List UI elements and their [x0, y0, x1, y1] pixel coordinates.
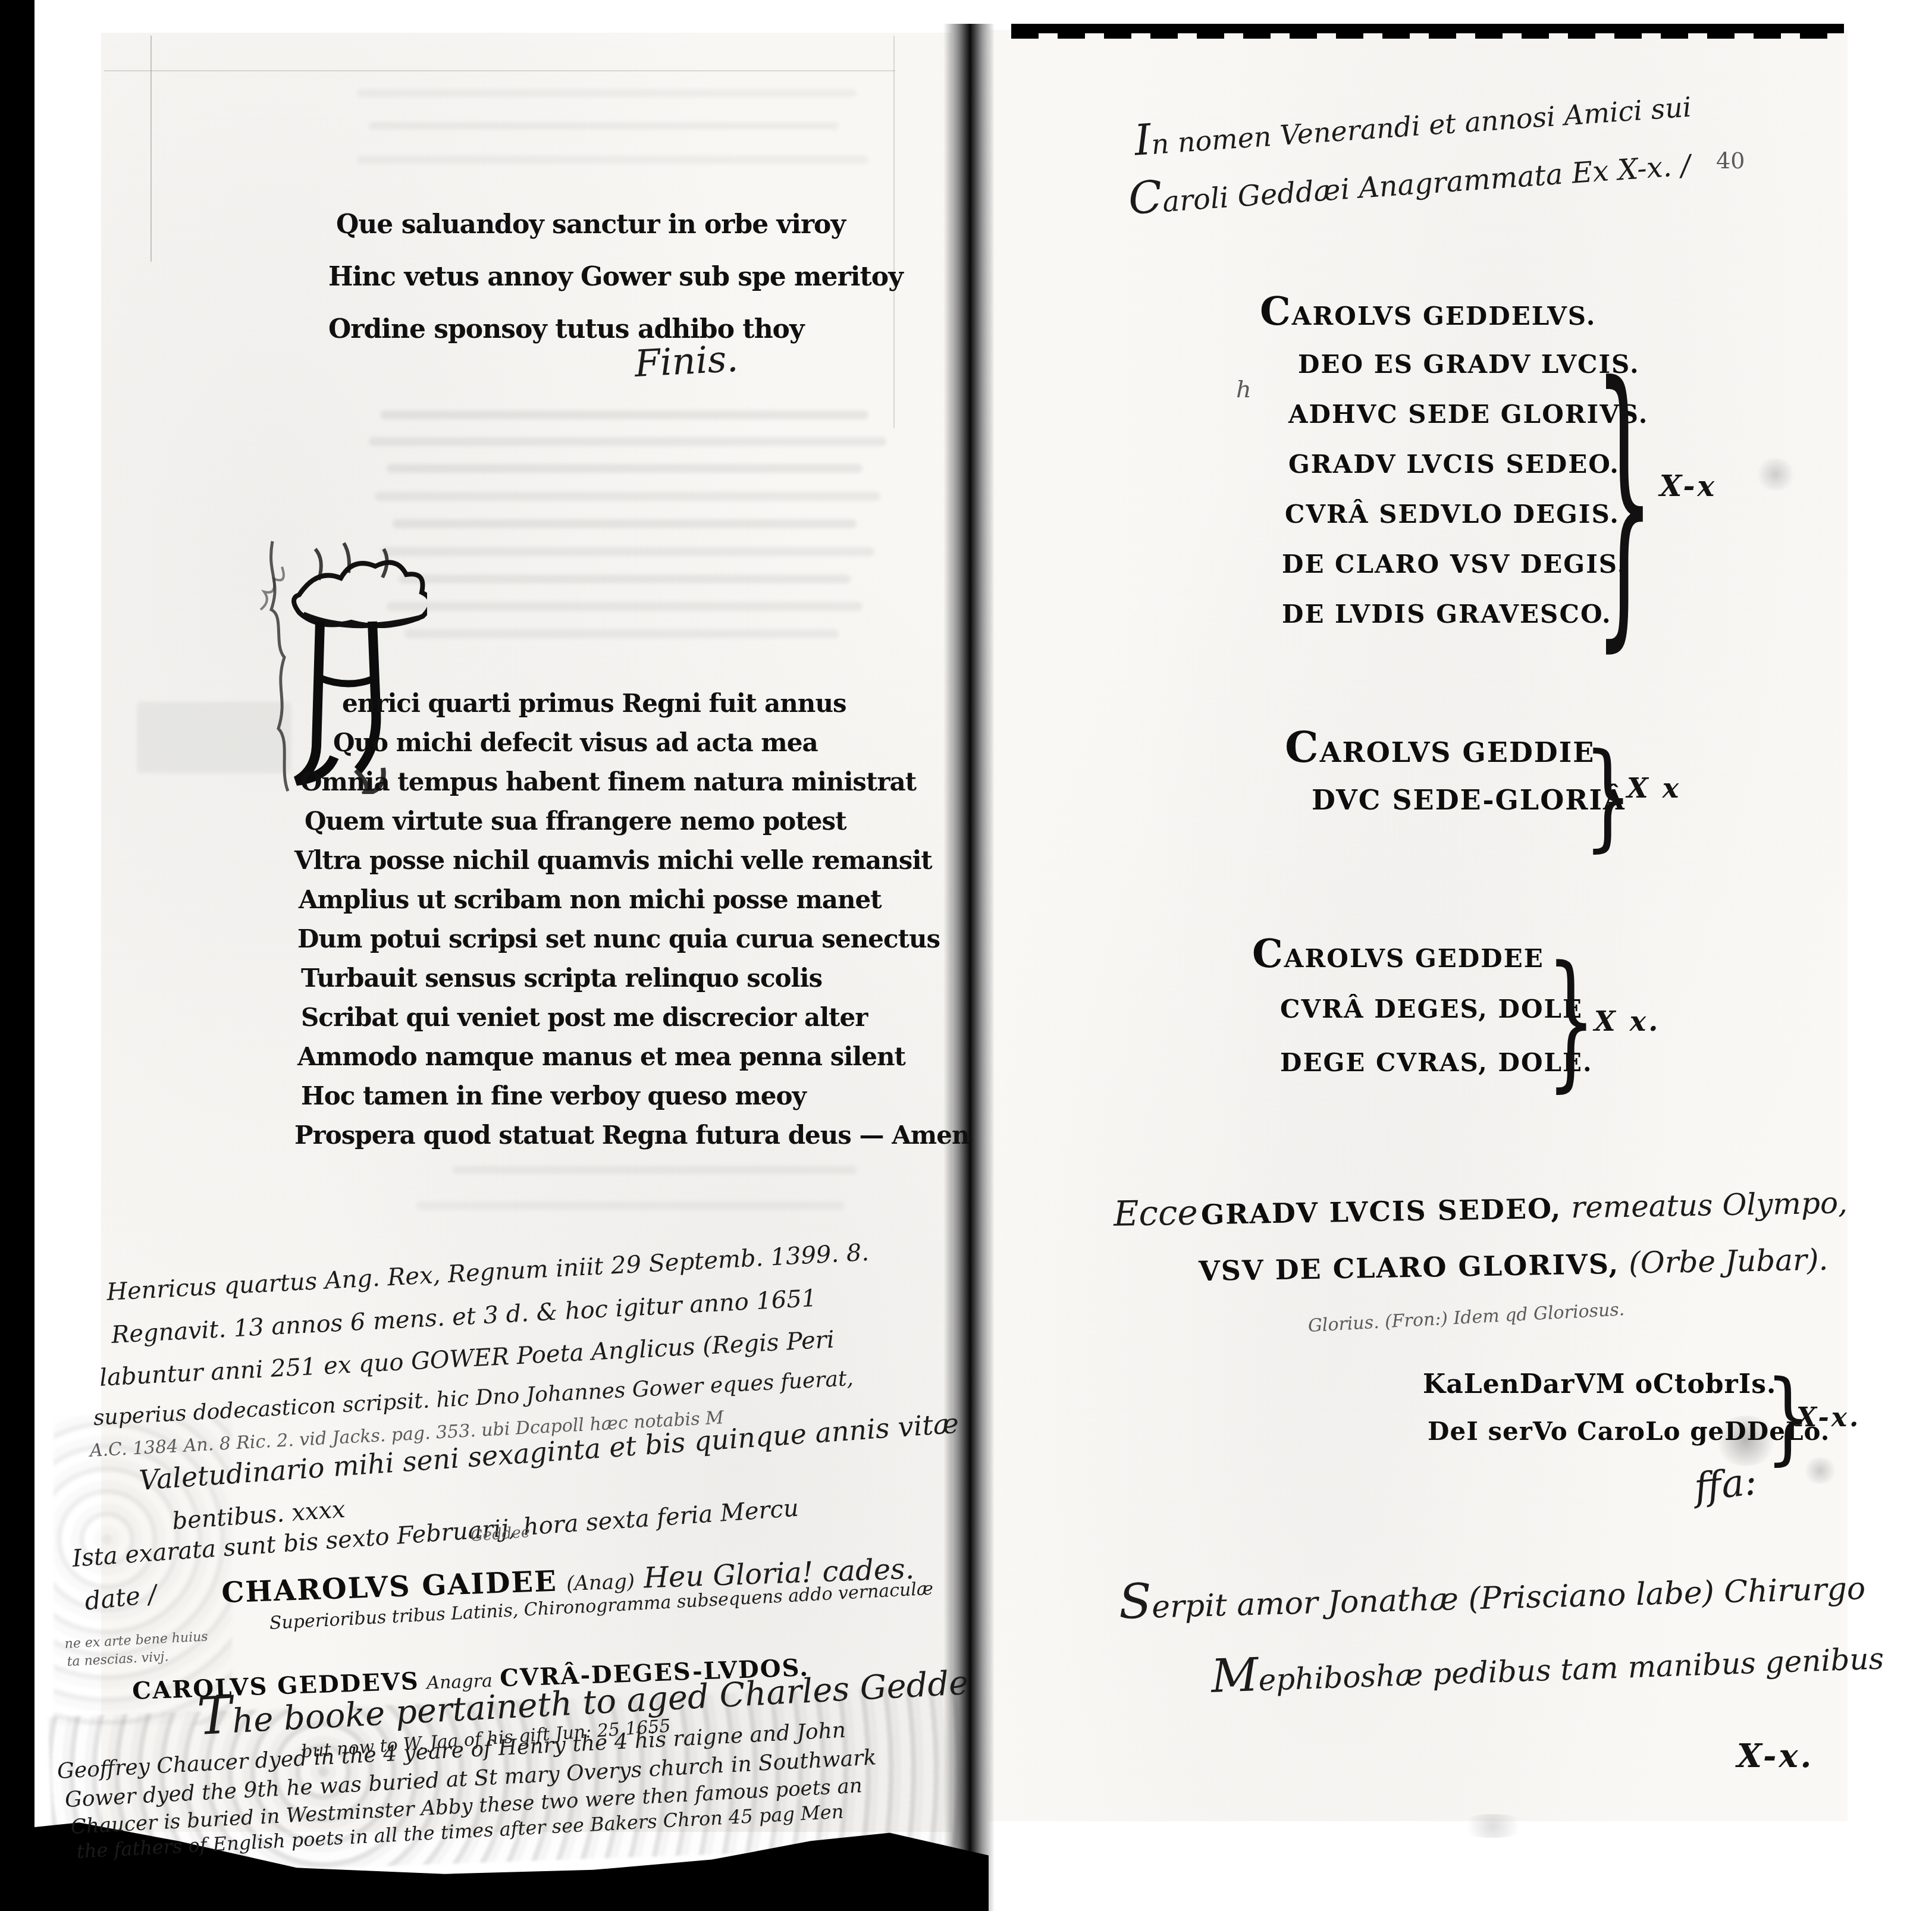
bleed-through-ghost [404, 629, 839, 638]
anagram-line: DVC SEDE-GLORIÂ [1312, 784, 1626, 816]
poem-line: Dum potui scripsi set nunc quia curua se… [297, 924, 940, 953]
margin-rule [150, 36, 152, 262]
kalendarum-line: KaLenDarVM oCtobrIs. [1423, 1369, 1776, 1399]
group2-mark: X x [1627, 772, 1681, 804]
bleed-through-ghost [369, 437, 886, 446]
bleed-through-ghost [381, 547, 874, 556]
serpit-mark: X-x. [1737, 1737, 1814, 1775]
anagram-group1-title: CAROLVS GEDDELVS. [1260, 296, 1596, 331]
poem-line: enrici quarti primus Regni fuit annus [342, 689, 846, 718]
bleed-through-ghost [452, 1166, 857, 1174]
bleed-through-ghost [393, 519, 857, 528]
head-rule [104, 70, 895, 71]
bleed-through-ghost [369, 122, 839, 130]
poem-line: Scribat qui veniet post me discrecior al… [301, 1003, 867, 1032]
group1-brace: } [1594, 348, 1655, 652]
group3-mark: X x. [1594, 1005, 1660, 1037]
anagram-line: CVRÂ SEDVLO DEGIS. [1285, 500, 1620, 529]
anagram-line: DEO ES GRADV LVCIS. [1298, 350, 1640, 379]
group1-mark: X-x [1660, 470, 1717, 503]
manuscript-scan: Que saluandoy sanctur in orbe viroy Hinc… [0, 0, 1932, 1911]
scan-top-edge-dashes [1011, 33, 1844, 39]
bleed-through-ghost [387, 602, 862, 611]
scan-top-edge [1011, 24, 1844, 33]
folio-number: 40 [1716, 148, 1745, 174]
bleed-through-ghost [357, 156, 868, 164]
anagram-line: DE CLARO VSV DEGIS. [1282, 550, 1627, 579]
stain-spot [1755, 458, 1796, 491]
anagram-tag: (Anag) [566, 1570, 635, 1596]
poem-line: Omnia tempus habent finem natura ministr… [300, 767, 916, 796]
bleed-through-ghost [375, 492, 880, 501]
poem-line: Quem virtute sua ffrangere nemo potest [305, 807, 846, 836]
bleed-through-ghost [399, 575, 851, 583]
ecce-tail: remeatus Olympo, [1561, 1185, 1848, 1225]
anagram-line: GRADV LVCIS SEDEO. [1288, 450, 1620, 479]
ecce-tail: (Orbe Jubar). [1619, 1242, 1828, 1281]
signature-flourish: ffa: [1692, 1460, 1759, 1510]
bleed-through-ghost [387, 464, 862, 473]
ecce-caps: GRADV LVCIS SEDEO, [1200, 1193, 1561, 1231]
margin-mark-h: h [1236, 376, 1252, 403]
anagram-group2-title: CAROLVS GEDDIE [1285, 730, 1595, 768]
anagram-line: DE LVDIS GRAVESCO. [1282, 600, 1612, 629]
group3-brace: } [1547, 947, 1596, 1094]
kalendarum-mark: X-x. [1796, 1402, 1861, 1433]
finis-label: Finis. [633, 337, 739, 385]
anagram-line: DEGE CVRAS, DOLE. [1280, 1048, 1593, 1077]
poem-line: Hoc tamen in fine verboy queso meoy [301, 1081, 806, 1110]
poem-line: Quo michi defecit visus ad acta mea [333, 728, 818, 757]
verse-line: Hinc vetus annoy Gower sub spe meritoy [328, 262, 903, 292]
ecce-word: Ecce [1114, 1192, 1199, 1234]
bleed-through-ghost [416, 1201, 845, 1210]
group2-brace: } [1583, 738, 1633, 853]
anagram-line: CVRÂ DEGES, DOLE [1280, 994, 1583, 1024]
poem-line: Turbauit sensus scripta relinquo scolis [301, 964, 822, 993]
page-gutter [943, 24, 995, 1911]
anagram-group3-title: CAROLVS GEDDEE [1252, 939, 1544, 973]
poem-line: Amplius ut scribam non michi posse manet [299, 885, 882, 914]
right-margin-rule [893, 36, 895, 428]
scan-left-border [0, 0, 34, 1911]
bleed-through-ghost [381, 410, 868, 419]
poem-line: Vltra posse nichil quamvis michi velle r… [294, 846, 932, 875]
ecce-caps: VSV DE CLARO GLORIVS, [1199, 1248, 1620, 1287]
verse-line: Que saluandoy sanctur in orbe viroy [336, 209, 845, 240]
bleed-through-ghost [357, 89, 857, 97]
poem-line: Ammodo namque manus et mea penna silent [297, 1042, 905, 1071]
stain-spot [1457, 1814, 1529, 1838]
poem-line: Prospera quod statuat Regna futura deus … [294, 1121, 969, 1150]
